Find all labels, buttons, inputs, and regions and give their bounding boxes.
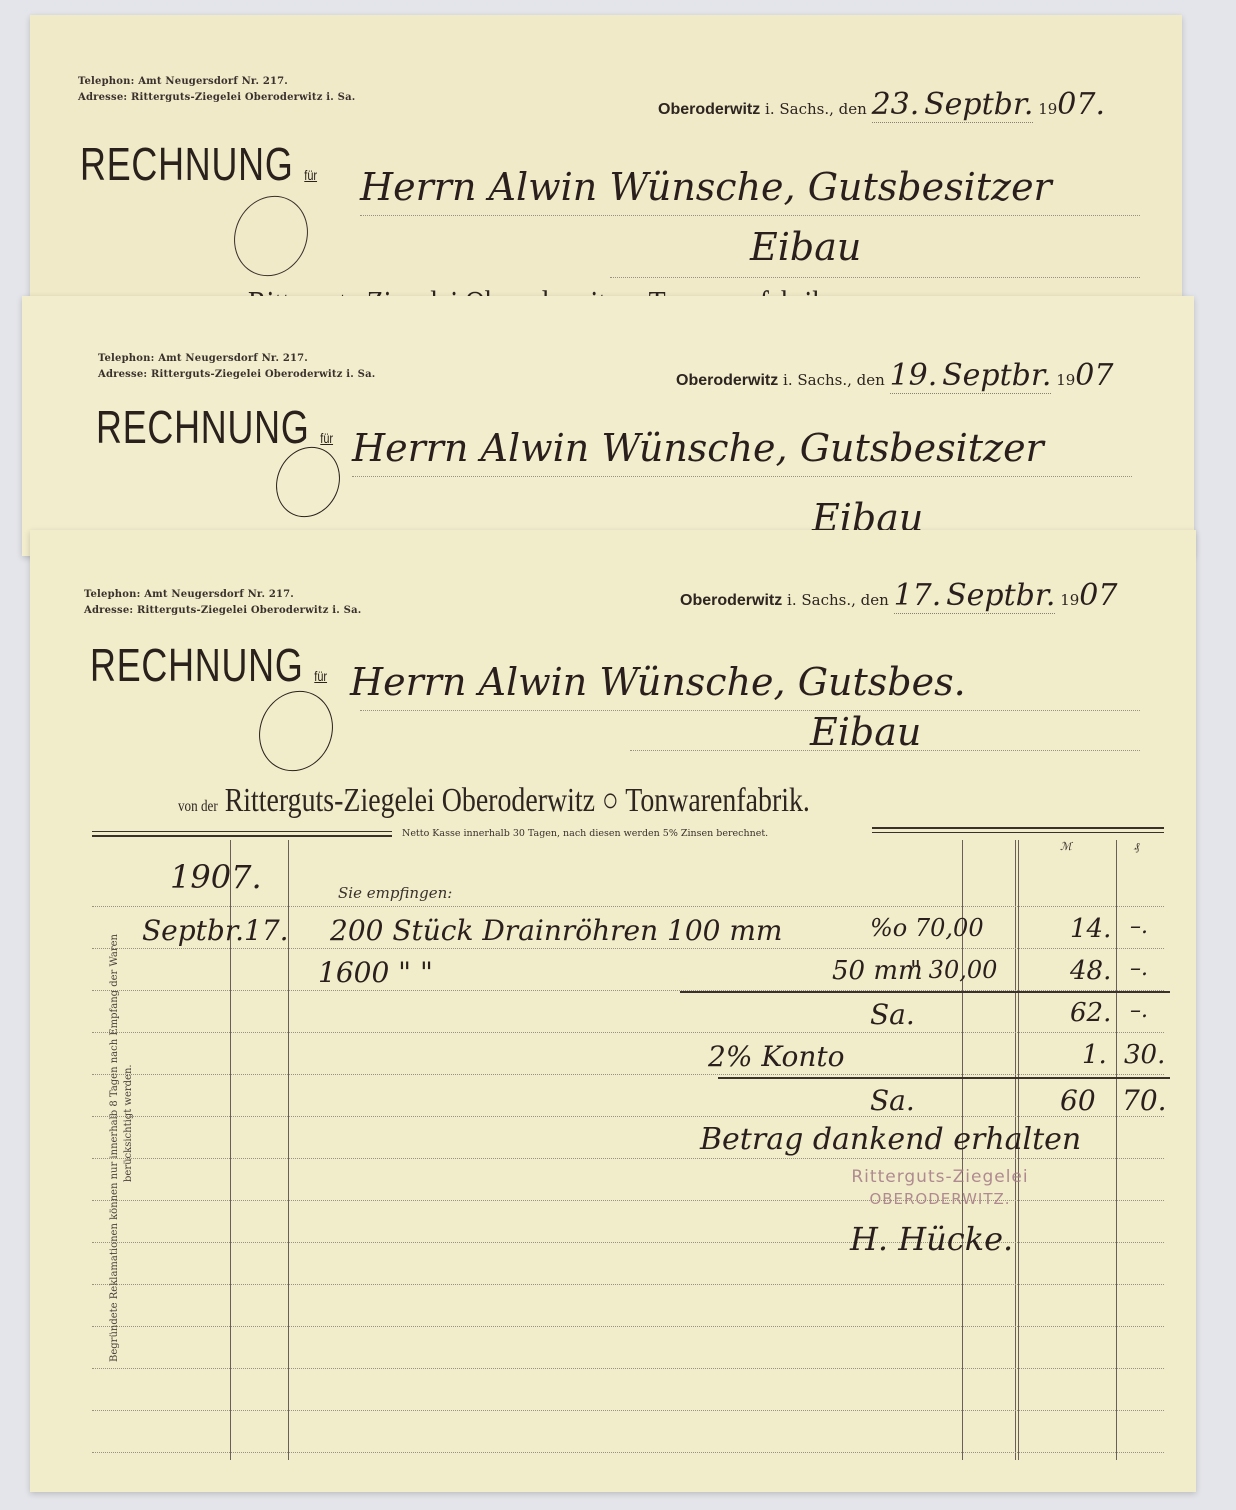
ledger-row-line <box>92 1368 1164 1369</box>
ledger-row-line <box>92 1116 1164 1117</box>
complaints-note: Begründete Reklamationen können nur inne… <box>108 934 136 1362</box>
line-item-2-mark: 48. <box>1070 956 1111 986</box>
year-suffix: 07. <box>1057 87 1105 122</box>
ledger-row-line <box>92 1074 1164 1075</box>
header-rule-right <box>872 827 1164 829</box>
signature: H. Hücke. <box>850 1220 1013 1258</box>
place-date-line: Oberoderwitz i. Sachs., den 17. Septbr. … <box>680 578 1117 614</box>
invoice-title: RECHNUNG für <box>80 137 317 191</box>
invoice-sheet-middle: Telephon: Amt Neugersdorf Nr. 217. Adres… <box>22 296 1194 556</box>
line-item-2-rate: " 30,00 <box>910 956 997 984</box>
line-item-1-description: 200 Stück Drainröhren 100 mm <box>330 914 782 947</box>
place-suffix: i. Sachs., den <box>783 371 885 389</box>
recipient-city: Eibau <box>750 225 861 269</box>
payment-terms: Netto Kasse innerhalb 30 Tagen, nach die… <box>402 828 768 839</box>
date-month: Septbr. <box>924 87 1033 122</box>
complaints-note-line1: Begründete Reklamationen können nur inne… <box>108 934 122 1362</box>
company-stamp: Ritterguts-Ziegelei OBERODERWITZ. <box>810 1166 1070 1210</box>
title-text: RECHNUNG <box>80 138 294 190</box>
year-suffix: 07 <box>1075 358 1113 393</box>
title-text: RECHNUNG <box>90 639 304 691</box>
subtotal-underline <box>680 991 1170 993</box>
recipient-dotline <box>360 710 1140 711</box>
date-month: Septbr. <box>946 578 1055 613</box>
total-mark: 60 <box>1060 1084 1096 1117</box>
recipient-dotline <box>360 215 1140 216</box>
stamp-line1: Ritterguts-Ziegelei <box>810 1166 1070 1188</box>
complaints-note-line2: berücksichtigt werden. <box>122 934 136 1362</box>
header-rule-left-top <box>92 831 392 832</box>
date-month: Septbr. <box>942 358 1051 393</box>
recipient-name: Herrn Alwin Wünsche, Gutsbesitzer <box>352 426 1044 470</box>
ledger-row-line <box>92 948 1164 949</box>
address-line: Adresse: Ritterguts-Ziegelei Oberoderwit… <box>98 368 375 382</box>
firm-von-label: von der <box>178 798 218 815</box>
line-item-1-pf: –. <box>1130 914 1148 939</box>
ledger-row-line <box>92 906 1164 907</box>
title-text: RECHNUNG <box>96 401 310 453</box>
stamp-line2: OBERODERWITZ. <box>810 1188 1070 1210</box>
flourish-decoration <box>246 679 346 784</box>
discount-label: 2% Konto <box>708 1040 845 1073</box>
town-name: Oberoderwitz <box>676 372 778 389</box>
place-date-line: Oberoderwitz i. Sachs., den 19. Septbr. … <box>676 358 1113 394</box>
year-suffix: 07 <box>1079 578 1117 613</box>
ledger-day: 17. <box>244 914 289 947</box>
line-item-1-mark: 14. <box>1070 914 1111 944</box>
firm-name: Ritterguts-Ziegelei Oberoderwitz ○ Tonwa… <box>225 782 810 819</box>
address-line: Adresse: Ritterguts-Ziegelei Oberoderwit… <box>78 91 355 105</box>
ledger-month: Septbr. <box>142 914 244 947</box>
line-item-1-rate: %o 70,00 <box>870 914 984 942</box>
invoice-title: RECHNUNG für <box>96 400 333 454</box>
date-day: 19. <box>890 358 938 393</box>
column-divider-pfennig <box>1116 840 1117 1460</box>
ledger-row-line <box>92 1326 1164 1327</box>
header-rule-right-bottom <box>872 832 1164 833</box>
year-prefix: 19 <box>1056 371 1075 389</box>
place-suffix: i. Sachs., den <box>787 591 889 609</box>
subtotal-label: Sa. <box>870 998 915 1031</box>
telephone-line: Telephon: Amt Neugersdorf Nr. 217. <box>84 588 294 602</box>
ledger-row-line <box>92 1158 1164 1159</box>
ledger-row-line <box>92 1410 1164 1411</box>
subtotal-mark: 62. <box>1070 998 1111 1028</box>
address-line: Adresse: Ritterguts-Ziegelei Oberoderwit… <box>84 604 361 618</box>
total-pf: 70. <box>1122 1084 1167 1117</box>
town-name: Oberoderwitz <box>658 101 760 118</box>
year-prefix: 19 <box>1060 591 1079 609</box>
line-item-2-pf: –. <box>1130 956 1148 981</box>
invoice-sheet-front: Telephon: Amt Neugersdorf Nr. 217. Adres… <box>30 530 1196 1492</box>
ledger-intro: Sie empfingen: <box>338 884 452 902</box>
city-dotline <box>630 750 1140 751</box>
recipient-city: Eibau <box>810 710 921 754</box>
total-underline <box>718 1077 1170 1079</box>
line-item-2-description: 1600 " " <box>318 956 433 989</box>
recipient-dotline <box>352 476 1132 477</box>
date-day: 23. <box>872 87 920 122</box>
invoice-title: RECHNUNG für <box>90 638 327 692</box>
firm-heading: von der Ritterguts-Ziegelei Oberoderwitz… <box>178 782 810 820</box>
pfennig-column-header: ₰ <box>1134 840 1140 853</box>
discount-mark: 1. <box>1082 1040 1107 1070</box>
city-dotline <box>610 277 1140 278</box>
flourish-decoration <box>221 184 321 289</box>
telephone-line: Telephon: Amt Neugersdorf Nr. 217. <box>78 75 288 89</box>
recipient-name: Herrn Alwin Wünsche, Gutsbesitzer <box>360 165 1052 209</box>
place-suffix: i. Sachs., den <box>765 100 867 118</box>
invoice-sheet-back: Telephon: Amt Neugersdorf Nr. 217. Adres… <box>30 15 1182 335</box>
ledger-row-line <box>92 1284 1164 1285</box>
subtotal-pf: –. <box>1130 998 1148 1023</box>
mark-column-header: ℳ <box>1060 840 1072 853</box>
fur-label: für <box>314 668 327 684</box>
recipient-name: Herrn Alwin Wünsche, Gutsbes. <box>350 660 966 704</box>
total-label: Sa. <box>870 1084 915 1117</box>
ledger-row-line <box>92 1452 1164 1453</box>
place-date-line: Oberoderwitz i. Sachs., den 23. Septbr. … <box>658 87 1105 123</box>
telephone-line: Telephon: Amt Neugersdorf Nr. 217. <box>98 352 308 366</box>
year-prefix: 19 <box>1038 100 1057 118</box>
discount-pf: 30. <box>1124 1040 1165 1070</box>
ledger-row-line <box>92 1032 1164 1033</box>
header-rule-left <box>92 835 392 837</box>
fur-label: für <box>304 167 317 183</box>
date-day: 17. <box>894 578 942 613</box>
ledger-year: 1907. <box>170 858 262 896</box>
fur-label: für <box>320 430 333 446</box>
town-name: Oberoderwitz <box>680 592 782 609</box>
receipt-note: Betrag dankend erhalten <box>700 1122 1081 1157</box>
